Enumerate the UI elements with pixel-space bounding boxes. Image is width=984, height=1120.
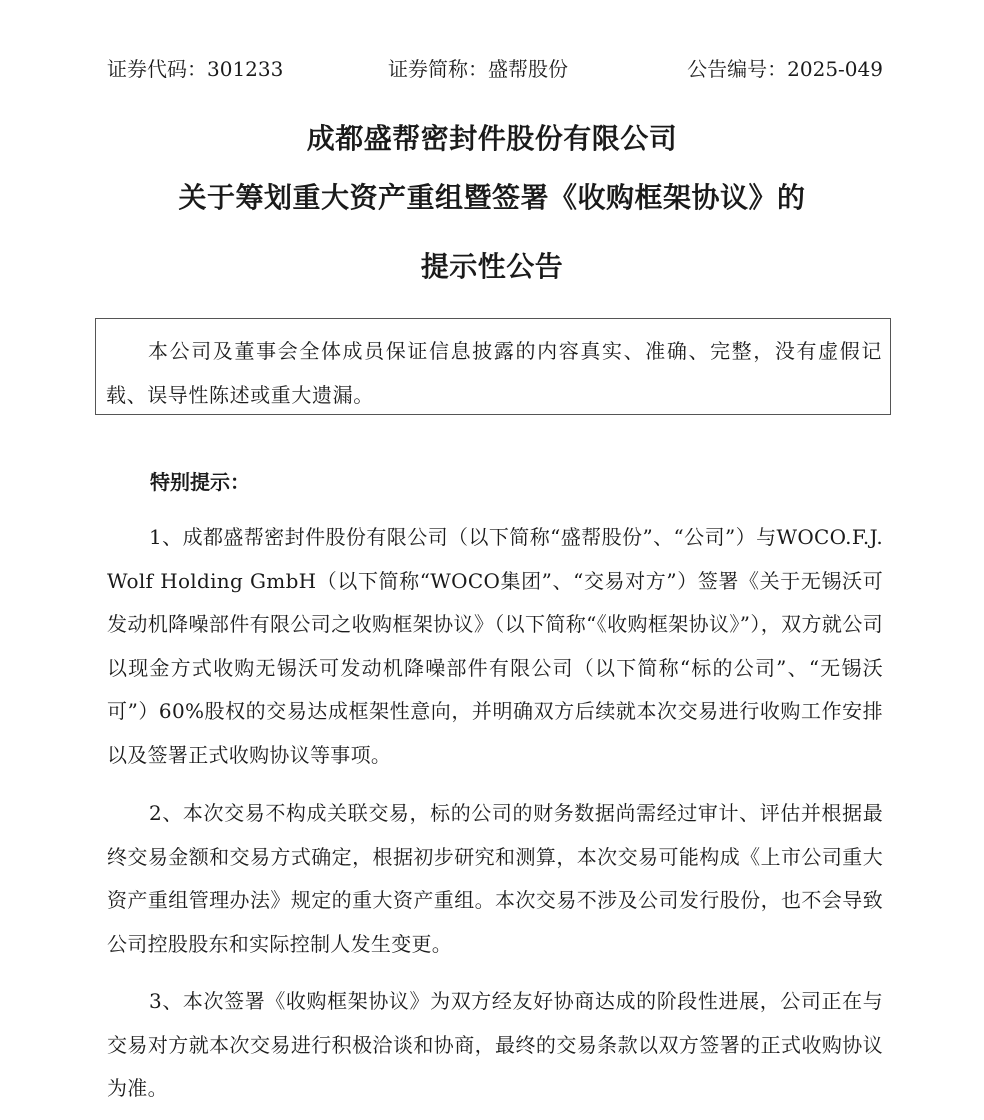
disclosure-guarantee-text: 本公司及董事会全体成员保证信息披露的内容真实、准确、完整，没有虚假记载、误导性陈… xyxy=(106,329,882,417)
announcement-number: 公告编号：2025-049 xyxy=(687,54,883,84)
special-notice-heading: 特别提示： xyxy=(150,467,250,497)
security-short-name: 证券简称：盛帮股份 xyxy=(388,54,568,84)
special-notice-paragraph-1: 1、成都盛帮密封件股份有限公司（以下简称“盛帮股份”、“公司”）与WOCO.F.… xyxy=(107,516,883,777)
title-document-type: 提示性公告 xyxy=(0,247,984,287)
security-code: 证券代码：301233 xyxy=(107,54,283,84)
special-notice-paragraph-3: 3、本次签署《收购框架协议》为双方经友好协商达成的阶段性进展，公司正在与交易对方… xyxy=(107,980,883,1111)
document-header: 证券代码：301233 证券简称：盛帮股份 公告编号：2025-049 xyxy=(107,54,883,84)
title-company-name: 成都盛帮密封件股份有限公司 xyxy=(0,119,984,159)
title-subject: 关于筹划重大资产重组暨签署《收购框架协议》的 xyxy=(0,178,984,218)
disclosure-guarantee-box: 本公司及董事会全体成员保证信息披露的内容真实、准确、完整，没有虚假记载、误导性陈… xyxy=(95,318,891,415)
special-notice-paragraph-2: 2、本次交易不构成关联交易，标的公司的财务数据尚需经过审计、评估并根据最终交易金… xyxy=(107,792,883,966)
